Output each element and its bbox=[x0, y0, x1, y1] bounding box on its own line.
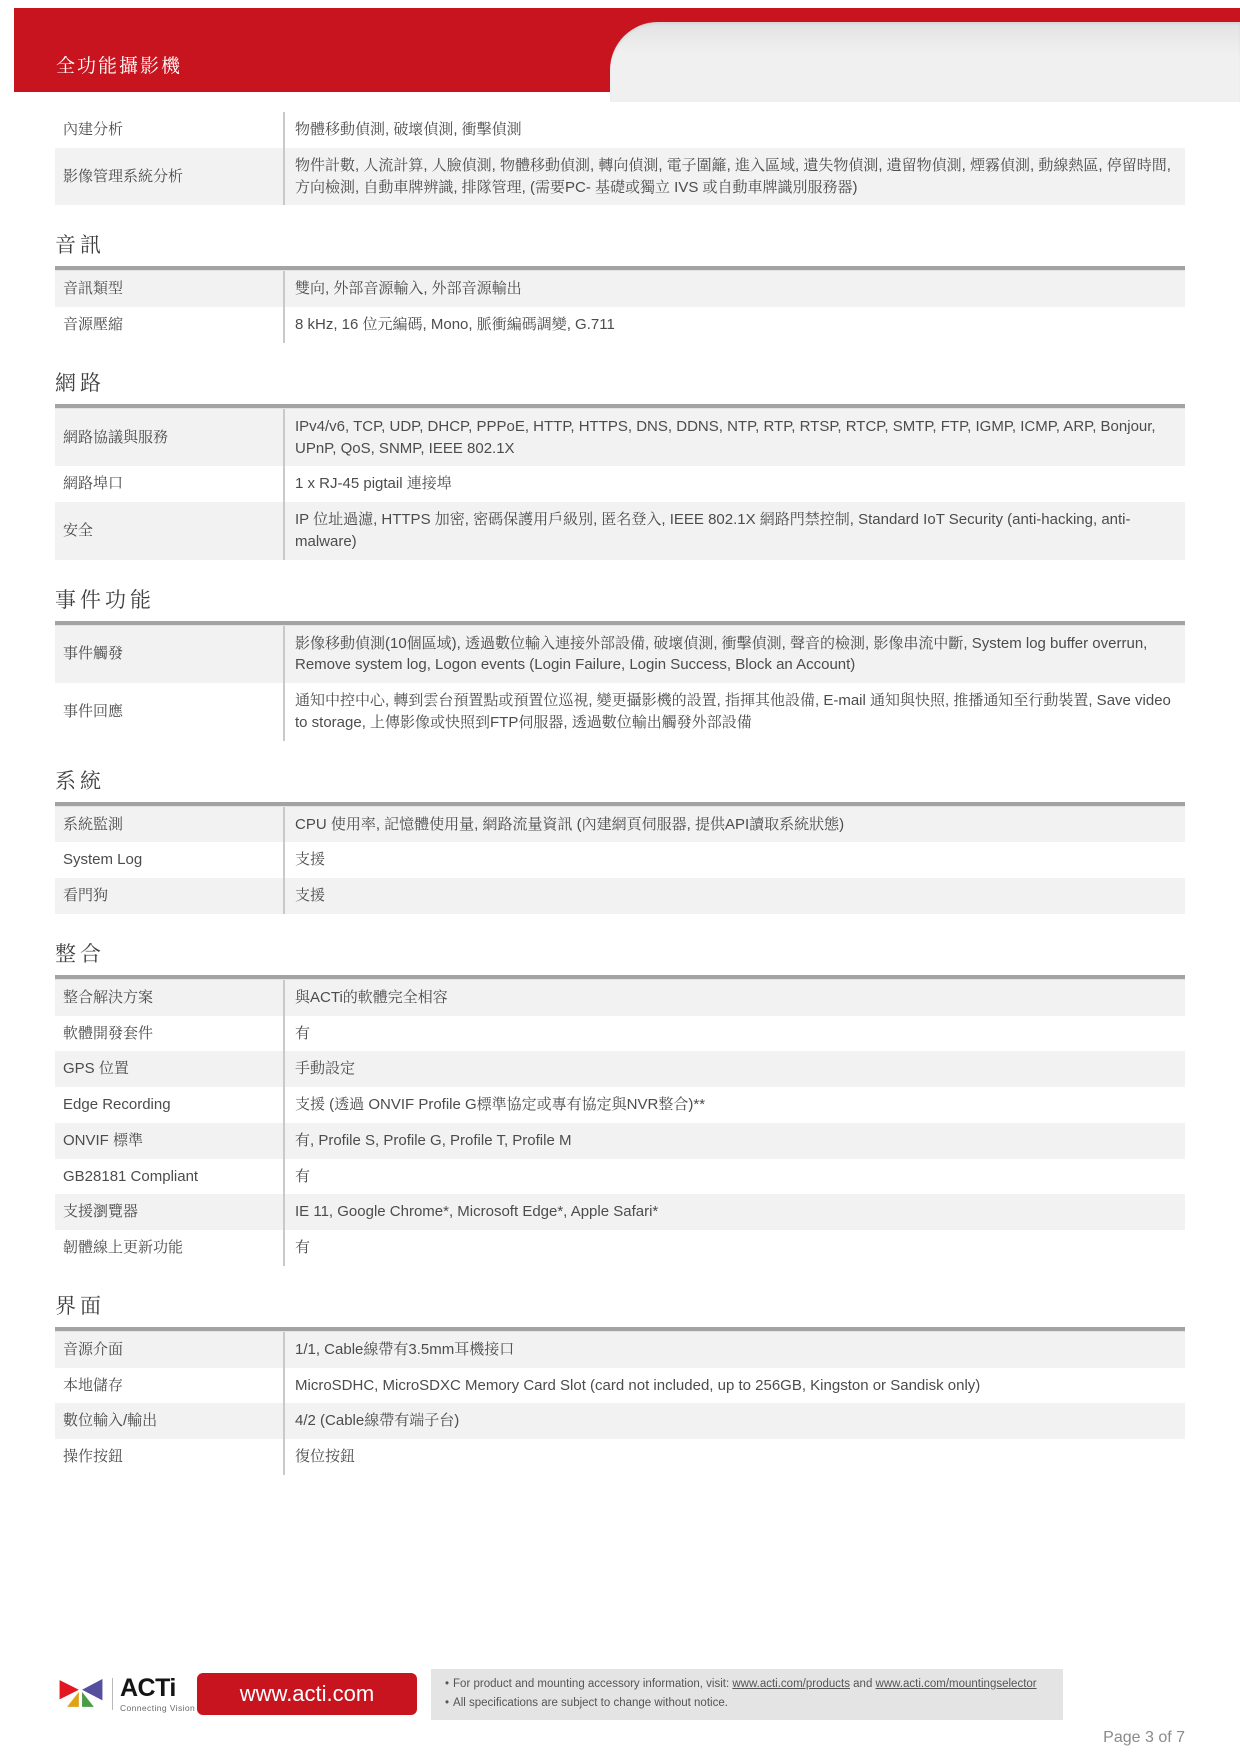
spec-section-table: 音源介面1/1, Cable線帶有3.5mm耳機接口本地儲存MicroSDHC,… bbox=[55, 1331, 1185, 1475]
spec-label: 影像管理系統分析 bbox=[55, 148, 283, 206]
spec-row: 本地儲存MicroSDHC, MicroSDXC Memory Card Slo… bbox=[55, 1368, 1185, 1404]
spec-value: 1 x RJ-45 pigtail 連接埠 bbox=[283, 466, 1185, 502]
spec-value: 支援 (透過 ONVIF Profile G標準協定或專有協定與NVR整合)** bbox=[283, 1087, 1185, 1123]
section-title: 音訊 bbox=[55, 229, 1185, 270]
footer-note-text: All specifications are subject to change… bbox=[453, 1697, 728, 1709]
footer-link[interactable]: www.acti.com/products bbox=[732, 1678, 850, 1690]
spec-row: GPS 位置手動設定 bbox=[55, 1051, 1185, 1087]
spec-row: 影像管理系統分析物件計數, 人流計算, 人臉偵測, 物體移動偵測, 轉向偵測, … bbox=[55, 148, 1185, 206]
spec-value: 雙向, 外部音源輸入, 外部音源輸出 bbox=[283, 271, 1185, 307]
spec-row: System Log支援 bbox=[55, 842, 1185, 878]
spec-label: 音訊類型 bbox=[55, 271, 283, 307]
spec-value: 支援 bbox=[283, 878, 1185, 914]
section-title: 界面 bbox=[55, 1290, 1185, 1331]
spec-label: ONVIF 標準 bbox=[55, 1123, 283, 1159]
spec-value: 手動設定 bbox=[283, 1051, 1185, 1087]
spec-value: 物體移動偵測, 破壞偵測, 衝擊偵測 bbox=[283, 112, 1185, 148]
section-title: 系統 bbox=[55, 765, 1185, 806]
spec-row: 操作按鈕復位按鈕 bbox=[55, 1439, 1185, 1475]
spec-row: 數位輸入/輸出4/2 (Cable線帶有端子台) bbox=[55, 1403, 1185, 1439]
spec-row: 事件觸發影像移動偵測(10個區域), 透過數位輸入連接外部設備, 破壞偵測, 衝… bbox=[55, 626, 1185, 684]
spec-table-area: 內建分析物體移動偵測, 破壞偵測, 衝擊偵測影像管理系統分析物件計數, 人流計算… bbox=[55, 112, 1185, 1475]
spec-label: 網路埠口 bbox=[55, 466, 283, 502]
spec-row: 內建分析物體移動偵測, 破壞偵測, 衝擊偵測 bbox=[55, 112, 1185, 148]
spec-value: 8 kHz, 16 位元編碼, Mono, 脈衝編碼調變, G.711 bbox=[283, 307, 1185, 343]
spec-label: 音源介面 bbox=[55, 1332, 283, 1368]
spec-label: 音源壓縮 bbox=[55, 307, 283, 343]
spec-label: System Log bbox=[55, 842, 283, 878]
spec-value: CPU 使用率, 記憶體使用量, 網路流量資訊 (內建網頁伺服器, 提供API讀… bbox=[283, 807, 1185, 843]
spec-row: GB28181 Compliant有 bbox=[55, 1159, 1185, 1195]
spec-row: 韌體線上更新功能有 bbox=[55, 1230, 1185, 1266]
spec-value: 有, Profile S, Profile G, Profile T, Prof… bbox=[283, 1123, 1185, 1159]
spec-label: 軟體開發套件 bbox=[55, 1016, 283, 1052]
section-title: 網路 bbox=[55, 367, 1185, 408]
spec-section-table: 音訊類型雙向, 外部音源輸入, 外部音源輸出音源壓縮8 kHz, 16 位元編碼… bbox=[55, 270, 1185, 343]
spec-row: 系統監測CPU 使用率, 記憶體使用量, 網路流量資訊 (內建網頁伺服器, 提供… bbox=[55, 807, 1185, 843]
spec-row: 支援瀏覽器IE 11, Google Chrome*, Microsoft Ed… bbox=[55, 1194, 1185, 1230]
spec-label: 安全 bbox=[55, 502, 283, 560]
footer-note-text: For product and mounting accessory infor… bbox=[453, 1678, 732, 1690]
bullet-icon: • bbox=[445, 1697, 449, 1709]
spec-label: 看門狗 bbox=[55, 878, 283, 914]
page-footer: ACTi Connecting Vision www.acti.com •For… bbox=[55, 1669, 1185, 1747]
spec-label: Edge Recording bbox=[55, 1087, 283, 1123]
spec-value: 4/2 (Cable線帶有端子台) bbox=[283, 1403, 1185, 1439]
spec-label: 事件回應 bbox=[55, 683, 283, 741]
spec-label: GPS 位置 bbox=[55, 1051, 283, 1087]
spec-label: 本地儲存 bbox=[55, 1368, 283, 1404]
footer-row: ACTi Connecting Vision www.acti.com •For… bbox=[55, 1669, 1185, 1720]
spec-label: 內建分析 bbox=[55, 112, 283, 148]
spec-label: 系統監測 bbox=[55, 807, 283, 843]
spec-section-table: 內建分析物體移動偵測, 破壞偵測, 衝擊偵測影像管理系統分析物件計數, 人流計算… bbox=[55, 112, 1185, 205]
brand-tagline: Connecting Vision bbox=[120, 1703, 195, 1713]
spec-section-table: 整合解決方案與ACTi的軟體完全相容軟體開發套件有GPS 位置手動設定Edge … bbox=[55, 979, 1185, 1266]
spec-value: MicroSDHC, MicroSDXC Memory Card Slot (c… bbox=[283, 1368, 1185, 1404]
spec-page: 全功能攝影機 內建分析物體移動偵測, 破壞偵測, 衝擊偵測影像管理系統分析物件計… bbox=[0, 0, 1240, 1755]
spec-value: 物件計數, 人流計算, 人臉偵測, 物體移動偵測, 轉向偵測, 電子圍籬, 進入… bbox=[283, 148, 1185, 206]
bullet-icon: • bbox=[445, 1678, 449, 1690]
spec-row: 軟體開發套件有 bbox=[55, 1016, 1185, 1052]
spec-label: 韌體線上更新功能 bbox=[55, 1230, 283, 1266]
spec-row: 網路埠口1 x RJ-45 pigtail 連接埠 bbox=[55, 466, 1185, 502]
page-title: 全功能攝影機 bbox=[56, 51, 182, 78]
spec-section-table: 系統監測CPU 使用率, 記憶體使用量, 網路流量資訊 (內建網頁伺服器, 提供… bbox=[55, 806, 1185, 914]
spec-row: 整合解決方案與ACTi的軟體完全相容 bbox=[55, 980, 1185, 1016]
spec-row: 安全IP 位址過濾, HTTPS 加密, 密碼保護用戶級別, 匿名登入, IEE… bbox=[55, 502, 1185, 560]
spec-row: Edge Recording支援 (透過 ONVIF Profile G標準協定… bbox=[55, 1087, 1185, 1123]
spec-value: 通知中控中心, 轉到雲台預置點或預置位巡視, 變更攝影機的設置, 指揮其他設備,… bbox=[283, 683, 1185, 741]
section-title: 事件功能 bbox=[55, 584, 1185, 625]
brand-name: ACTi bbox=[120, 1676, 195, 1701]
spec-value: 與ACTi的軟體完全相容 bbox=[283, 980, 1185, 1016]
spec-value: 影像移動偵測(10個區域), 透過數位輸入連接外部設備, 破壞偵測, 衝擊偵測,… bbox=[283, 626, 1185, 684]
footer-note: •All specifications are subject to chang… bbox=[445, 1694, 1049, 1714]
footer-link[interactable]: www.acti.com/mountingselector bbox=[876, 1678, 1037, 1690]
spec-label: 數位輸入/輸出 bbox=[55, 1403, 283, 1439]
spec-value: 復位按鈕 bbox=[283, 1439, 1185, 1475]
spec-label: 網路協議與服務 bbox=[55, 409, 283, 467]
header-corner-card bbox=[610, 22, 1240, 102]
butterfly-logo-icon bbox=[55, 1679, 107, 1709]
spec-section-table: 事件觸發影像移動偵測(10個區域), 透過數位輸入連接外部設備, 破壞偵測, 衝… bbox=[55, 625, 1185, 741]
section-title: 整合 bbox=[55, 938, 1185, 979]
page-number: Page 3 of 7 bbox=[55, 1729, 1185, 1747]
spec-value: IE 11, Google Chrome*, Microsoft Edge*, … bbox=[283, 1194, 1185, 1230]
spec-value: 有 bbox=[283, 1016, 1185, 1052]
acti-logo: ACTi Connecting Vision bbox=[55, 1676, 197, 1713]
spec-value: 有 bbox=[283, 1230, 1185, 1266]
footer-note-text: and bbox=[850, 1678, 876, 1690]
spec-label: 整合解決方案 bbox=[55, 980, 283, 1016]
spec-label: 支援瀏覽器 bbox=[55, 1194, 283, 1230]
spec-row: 音源介面1/1, Cable線帶有3.5mm耳機接口 bbox=[55, 1332, 1185, 1368]
spec-value: 有 bbox=[283, 1159, 1185, 1195]
spec-value: 支援 bbox=[283, 842, 1185, 878]
spec-row: 事件回應通知中控中心, 轉到雲台預置點或預置位巡視, 變更攝影機的設置, 指揮其… bbox=[55, 683, 1185, 741]
spec-row: 看門狗支援 bbox=[55, 878, 1185, 914]
spec-label: GB28181 Compliant bbox=[55, 1159, 283, 1195]
spec-label: 操作按鈕 bbox=[55, 1439, 283, 1475]
spec-value: IP 位址過濾, HTTPS 加密, 密碼保護用戶級別, 匿名登入, IEEE … bbox=[283, 502, 1185, 560]
spec-row: 音源壓縮8 kHz, 16 位元編碼, Mono, 脈衝編碼調變, G.711 bbox=[55, 307, 1185, 343]
spec-value: 1/1, Cable線帶有3.5mm耳機接口 bbox=[283, 1332, 1185, 1368]
spec-row: 網路協議與服務IPv4/v6, TCP, UDP, DHCP, PPPoE, H… bbox=[55, 409, 1185, 467]
page-header: 全功能攝影機 bbox=[0, 0, 1240, 104]
logo-divider bbox=[112, 1678, 113, 1710]
footer-note: •For product and mounting accessory info… bbox=[445, 1675, 1049, 1695]
logo-text: ACTi Connecting Vision bbox=[120, 1676, 195, 1713]
website-button[interactable]: www.acti.com bbox=[197, 1673, 417, 1715]
spec-label: 事件觸發 bbox=[55, 626, 283, 684]
spec-value: IPv4/v6, TCP, UDP, DHCP, PPPoE, HTTP, HT… bbox=[283, 409, 1185, 467]
spec-row: 音訊類型雙向, 外部音源輸入, 外部音源輸出 bbox=[55, 271, 1185, 307]
spec-section-table: 網路協議與服務IPv4/v6, TCP, UDP, DHCP, PPPoE, H… bbox=[55, 408, 1185, 560]
footer-notes: •For product and mounting accessory info… bbox=[431, 1669, 1063, 1720]
spec-row: ONVIF 標準有, Profile S, Profile G, Profile… bbox=[55, 1123, 1185, 1159]
